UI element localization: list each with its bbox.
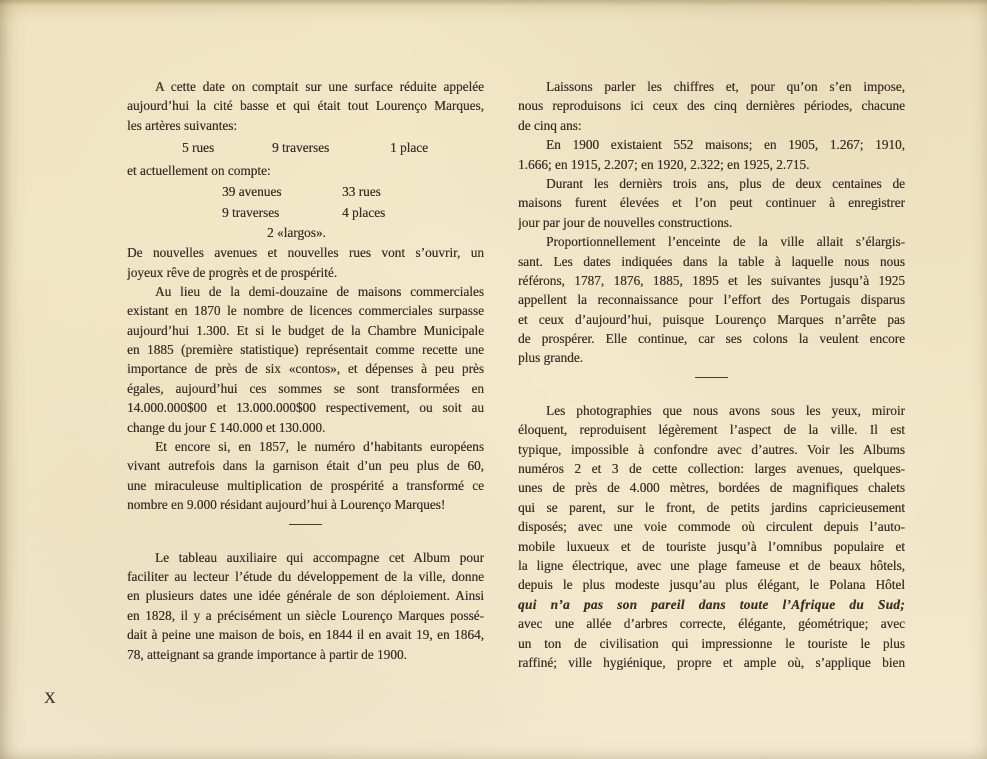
text-line: Proportionnellement l’enceinte de la vil…: [518, 232, 905, 251]
street-count-cell: 5 rues: [182, 138, 214, 157]
text-line: mobile luxueux et de touriste jusqu’à l’…: [518, 537, 905, 556]
street-count-cell: 1 place: [390, 138, 428, 157]
text-line: A cette date on comptait sur une surface…: [127, 77, 484, 96]
text-line: Les photographies que nous avons sous le…: [518, 401, 905, 420]
text-line: et ceux d’aujourd’hui, puisque Lourenço …: [518, 310, 905, 329]
text-line: une miraculeuse multiplication de prospé…: [127, 476, 484, 495]
text-line: nous reproduisons ici ceux des cinq dern…: [518, 96, 905, 115]
text-line: aujourd’hui la cité basse et qui était t…: [127, 96, 484, 115]
text-line: numéros 2 et 3 de cette collection: larg…: [518, 459, 905, 478]
divider-rule: [695, 377, 728, 378]
text-line: depuis le plus modeste jusqu’au plus élé…: [518, 575, 905, 594]
text-line: de prospérer. Elle continue, car ses col…: [518, 329, 905, 348]
text-line: référons, 1787, 1876, 1885, 1895 et les …: [518, 271, 905, 290]
text-line: unes de près de 4.000 mètres, bordées de…: [518, 478, 905, 497]
text-line: 78, atteignant sa grande importance à pa…: [127, 645, 484, 664]
text-line: nombre en 9.000 résidant aujourd’hui à L…: [127, 495, 484, 514]
text-line: les artères suivantes:: [127, 116, 484, 135]
text-line: jour par jour de nouvelles constructions…: [518, 213, 905, 232]
text-line: en plusieurs dates une idée générale de …: [127, 586, 484, 605]
section-divider: [127, 524, 484, 542]
left-column: A cette date on comptait sur une surface…: [127, 77, 484, 664]
text-line: égales, aujourd’hui ces sommes se sont t…: [127, 379, 484, 398]
text-line: vivant autrefois dans la garnison était …: [127, 456, 484, 475]
text-line: importance de près de six «contos», et d…: [127, 359, 484, 378]
counts-row: 9 traverses4 places: [127, 203, 484, 222]
count-cell: 9 traverses: [222, 203, 279, 222]
street-count-cell: 9 traverses: [272, 138, 329, 157]
text-line: en 1828, il y a précisément un siècle Lo…: [127, 606, 484, 625]
count-cell: 4 places: [342, 203, 385, 222]
text-line: Laissons parler les chiffres et, pour qu…: [518, 77, 905, 96]
text-line: faciliter au lecteur l’étude du développ…: [127, 567, 484, 586]
section-divider: [518, 377, 905, 395]
text-line: Durant les dernièrs trois ans, plus de d…: [518, 174, 905, 193]
text-line: et actuellement on compte:: [127, 161, 484, 180]
text-line: avec une allée d’arbres correcte, élégan…: [518, 614, 905, 633]
text-line: En 1900 existaient 552 maisons; en 1905,…: [518, 135, 905, 154]
text-line: qui se parent, sur le front, de petits j…: [518, 498, 905, 517]
text-line: 1.666; en 1915, 2.207; en 1920, 2.322; e…: [518, 155, 905, 174]
text-line: qui n’a pas son pareil dans toute l’Afri…: [518, 595, 905, 614]
text-line: 14.000.000$00 et 13.000.000$00 respectiv…: [127, 398, 484, 417]
count-cell: 33 rues: [342, 182, 381, 201]
text-line: dait à peine une maison de bois, en 1844…: [127, 625, 484, 644]
text-line: raffiné; ville hygiénique, propre et amp…: [518, 653, 905, 672]
text-line: sant. Les dates indiquées dans la table …: [518, 252, 905, 271]
count-cell: 39 avenues: [222, 182, 281, 201]
street-counts-row: 5 rues9 traverses1 place: [127, 138, 484, 157]
divider-rule: [289, 524, 322, 525]
text-line: de cinq ans:: [518, 116, 905, 135]
page-number: X: [44, 690, 57, 708]
text-line: appellent la reconnaissance pour l’effor…: [518, 290, 905, 309]
text-line: disposés; avec une voie commode où circu…: [518, 517, 905, 536]
text-line: en 1885 (première statistique) représent…: [127, 340, 484, 359]
book-page: A cette date on comptait sur une surface…: [0, 0, 987, 759]
text-line: un ton de civilisation qui impressionne …: [518, 634, 905, 653]
counts-row: 39 avenues33 rues: [127, 182, 484, 201]
text-line: De nouvelles avenues et nouvelles rues v…: [127, 243, 484, 262]
right-column: Laissons parler les chiffres et, pour qu…: [518, 77, 905, 672]
text-line: Le tableau auxiliaire qui accompagne cet…: [127, 548, 484, 567]
text-line: typique, impossible à confondre avec d’a…: [518, 440, 905, 459]
text-line: plus grande.: [518, 348, 905, 367]
text-line: la ligne électrique, avec une plage fame…: [518, 556, 905, 575]
text-line: Et encore si, en 1857, le numéro d’habit…: [127, 437, 484, 456]
text-line: existant en 1870 le nombre de licences c…: [127, 301, 484, 320]
text-line: change du jour £ 140.000 et 130.000.: [127, 418, 484, 437]
text-line: joyeux rêve de progrès et de prospérité.: [127, 263, 484, 282]
text-line: aujourd’hui 1.300. Et si le budget de la…: [127, 321, 484, 340]
text-line: éloquent, reproduisent légèrement l’aspe…: [518, 420, 905, 439]
largos-line: 2 «largos».: [127, 223, 484, 242]
text-line: maisons furent élevées et l’on peut cont…: [518, 193, 905, 212]
text-line: Au lieu de la demi-douzaine de maisons c…: [127, 282, 484, 301]
